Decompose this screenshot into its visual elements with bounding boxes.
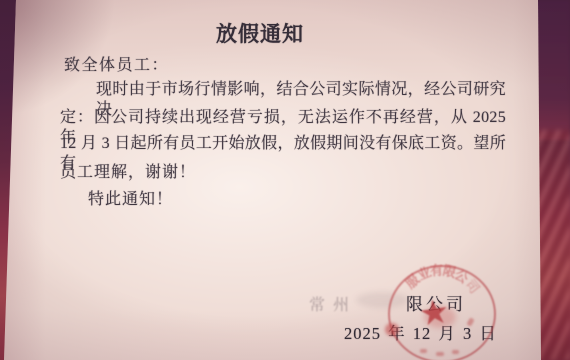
closing-line: 特此通知！ [88,186,173,209]
stamp-ink-dot [385,323,399,336]
notice-title: 放假通知 [160,18,360,48]
notice-photo: 放假通知 致全体员工： 现时由于市场行情影响，结合公司实际情况，经公司研究决 定… [0,0,570,360]
body-line-4: 员工理解，谢谢！ [60,159,196,182]
company-name-faded-part: 常州 [309,292,357,315]
notice-paper: 放假通知 致全体员工： 现时由于市场行情影响，结合公司实际情况，经公司研究决 定… [0,0,570,360]
stamp-star-icon: ★ [417,295,452,333]
salutation-line: 致全体员工： [64,52,169,75]
stamp-faint-mark [420,349,427,353]
stamp-faint-mark [436,352,444,356]
stamp-faint-mark [452,350,459,354]
